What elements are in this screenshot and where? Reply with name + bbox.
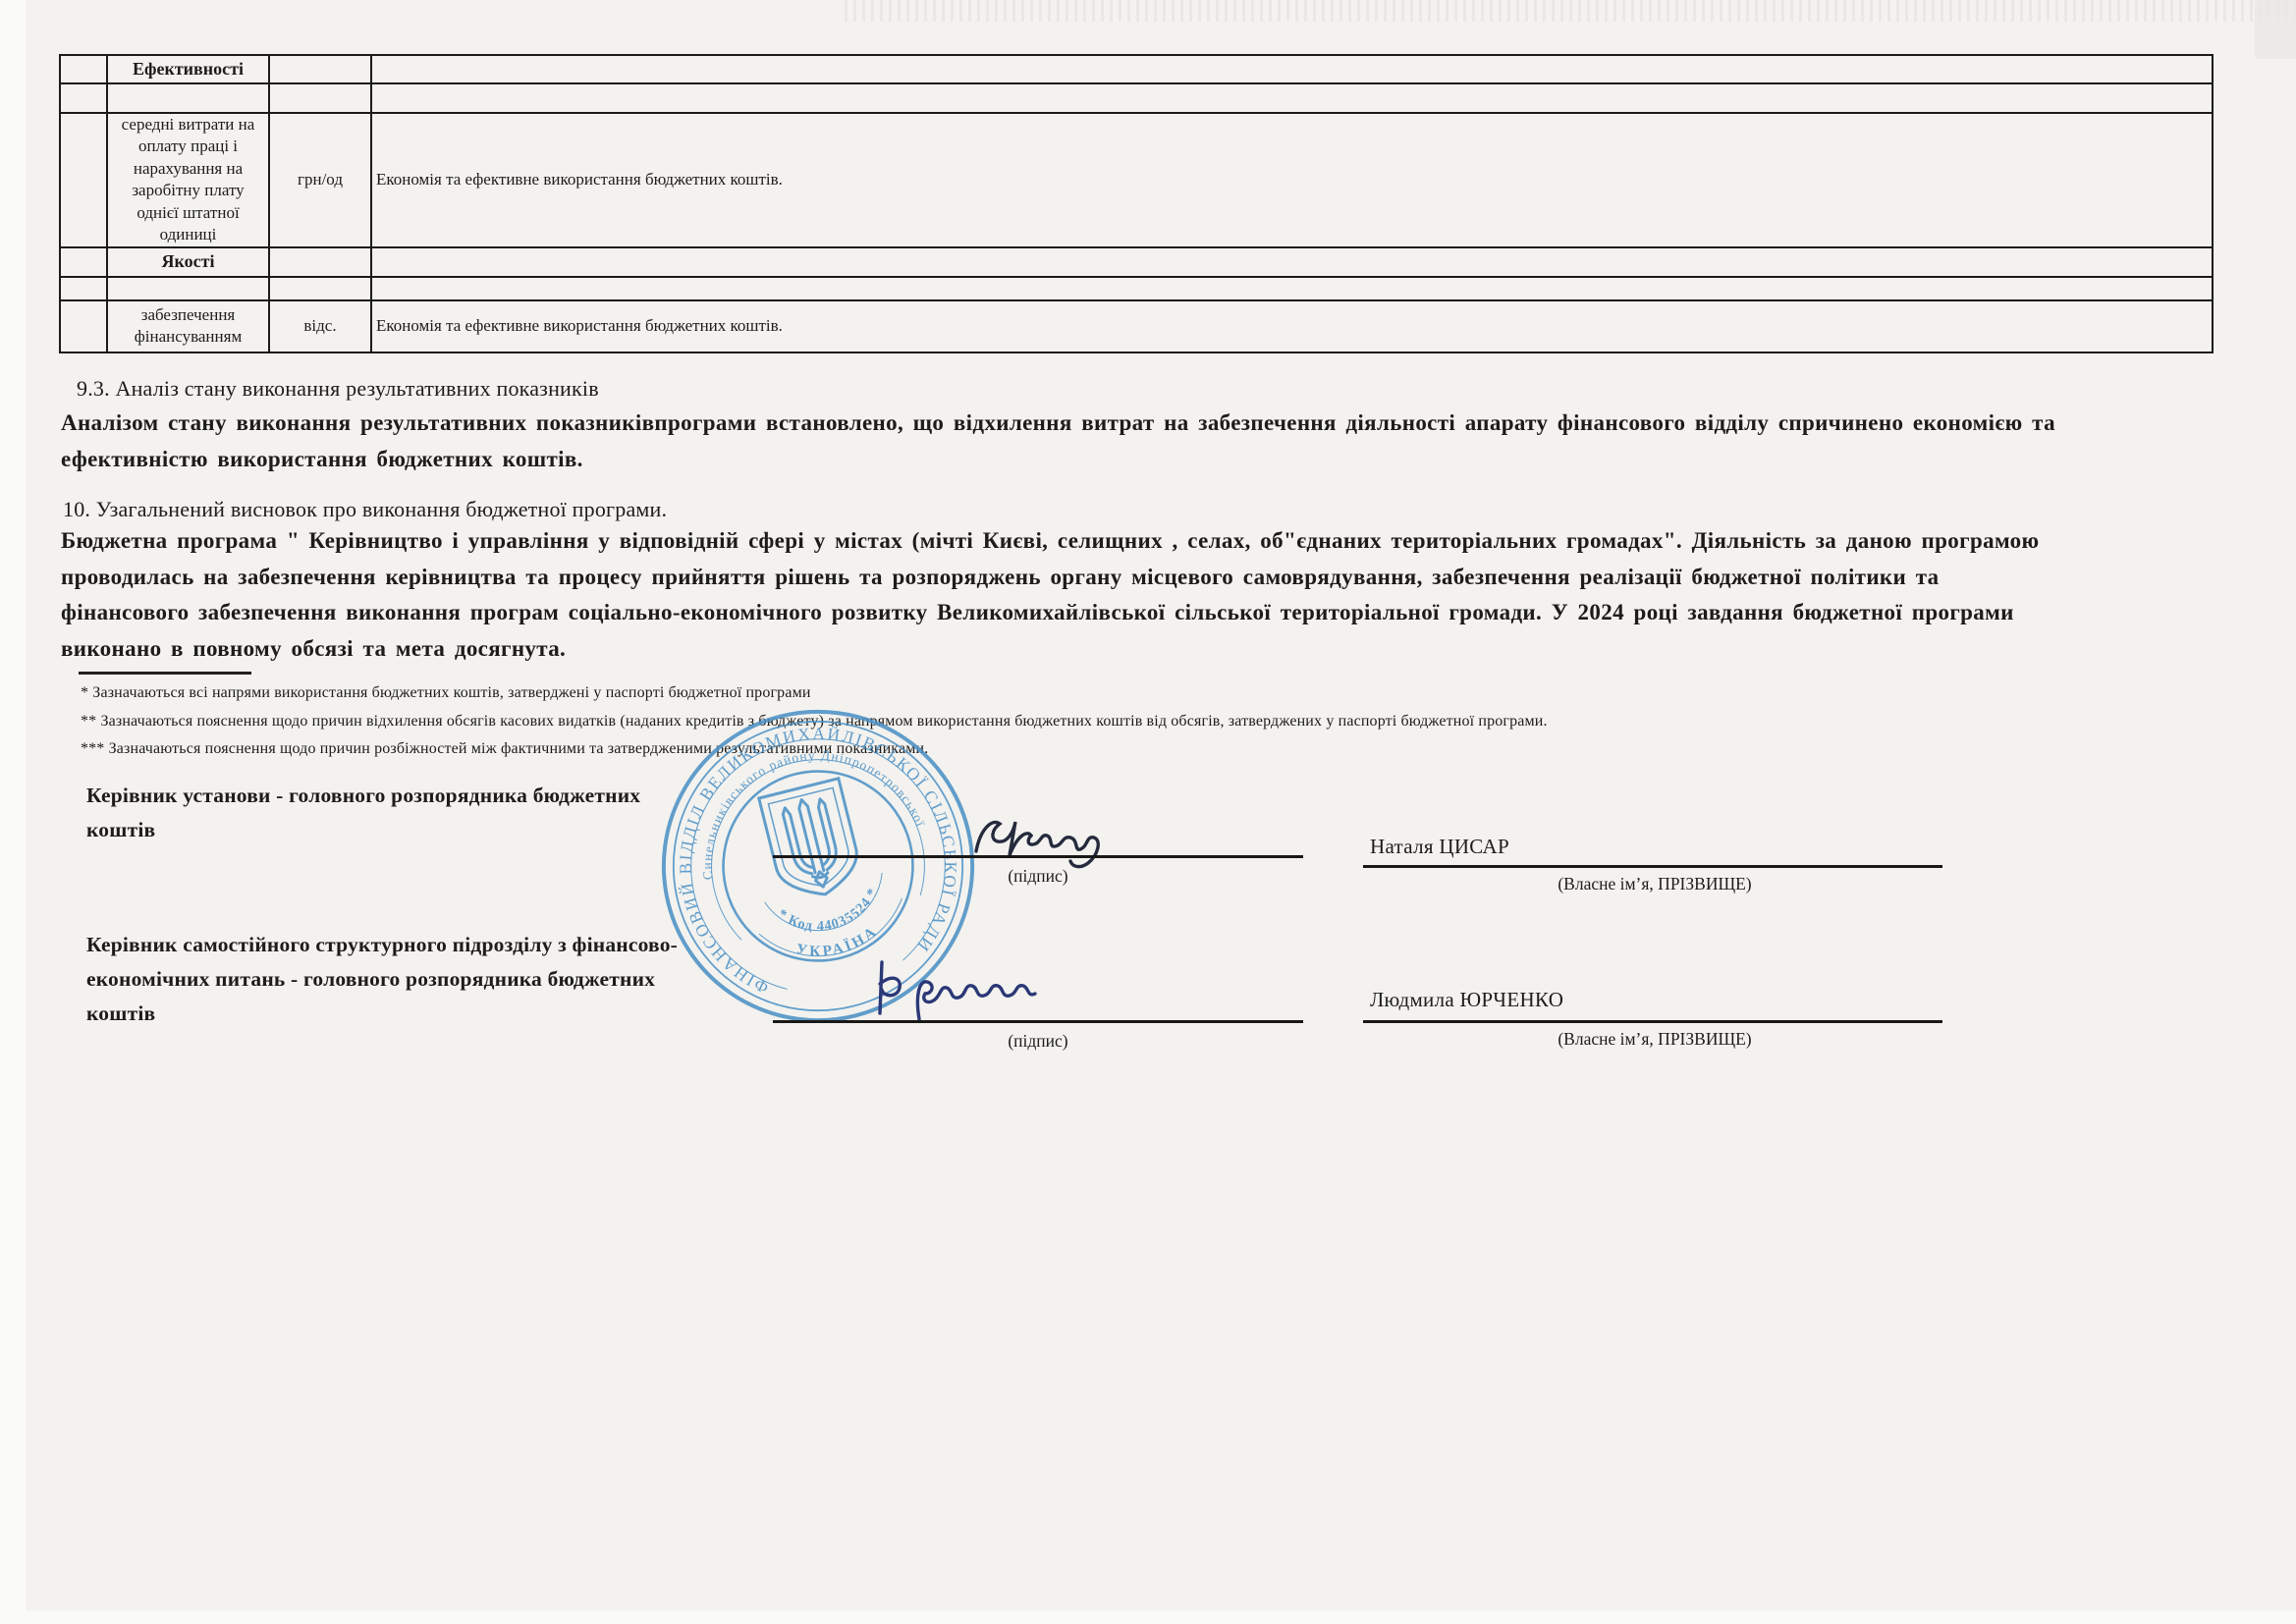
paragraph-line: проводилась на забезпечення керівництва …: [61, 565, 2039, 601]
scan-edge-bottom: [0, 1610, 2296, 1624]
signatory-1-title: Керівник установи - головного розпорядни…: [86, 779, 735, 847]
table-cell-empty: [60, 83, 107, 113]
paragraph-line: Аналізом стану виконання результативних …: [61, 410, 2055, 447]
table-row: середні витрати на оплату праці і нараху…: [60, 113, 2213, 247]
name-line-1: [1363, 865, 1942, 868]
scan-smudge: [2255, 0, 2296, 59]
section-10-heading: 10. Узагальнений висновок про виконання …: [63, 497, 667, 522]
signatory-2-title: Керівник самостійного структурного підро…: [86, 928, 774, 1031]
indicators-table: Ефективності середні витрати на оплату п…: [59, 54, 2214, 353]
paragraph-line: Бюджетна програма " Керівництво і управл…: [61, 528, 2039, 565]
section-93-heading: 9.3. Аналіз стану виконання результативн…: [77, 376, 599, 402]
table-cell-empty: [60, 55, 107, 83]
scan-noise-band: [845, 0, 2296, 22]
table-row: Якості: [60, 247, 2213, 277]
indicator-unit: відс.: [269, 300, 371, 352]
section-10-paragraph: Бюджетна програма " Керівництво і управл…: [61, 528, 2039, 672]
paragraph-line: ефективністю використання бюджетних кошт…: [61, 447, 2055, 483]
label-line: коштів: [86, 813, 735, 847]
table-cell-empty: [107, 277, 269, 300]
name-caption-2: (Власне ім’я, ПРІЗВИЩЕ): [1444, 1029, 1866, 1050]
name-caption-1: (Власне ім’я, ПРІЗВИЩЕ): [1444, 874, 1866, 894]
footnote-separator: [79, 672, 251, 675]
label-line: Керівник самостійного структурного підро…: [86, 928, 774, 962]
label-line: Керівник установи - головного розпорядни…: [86, 779, 735, 813]
indicator-name: забезпечення фінансуванням: [107, 300, 269, 352]
signature-caption-1: (підпис): [969, 866, 1107, 887]
table-cell-empty: [60, 247, 107, 277]
table-row: [60, 83, 2213, 113]
indicator-category: Якості: [107, 247, 269, 277]
paragraph-line: виконано в повному обсязі та мета досягн…: [61, 636, 2039, 673]
paragraph-line: фінансового забезпечення виконання прогр…: [61, 600, 2039, 636]
table-row: Ефективності: [60, 55, 2213, 83]
table-row: [60, 277, 2213, 300]
scan-edge-left: [0, 0, 26, 1624]
table-cell-empty: [269, 55, 371, 83]
table-cell-empty: [371, 247, 2213, 277]
name-line-2: [1363, 1020, 1942, 1023]
table-cell-empty: [371, 83, 2213, 113]
table-cell-empty: [60, 113, 107, 247]
table-cell-empty: [371, 277, 2213, 300]
indicator-category: Ефективності: [107, 55, 269, 83]
indicator-explanation: Економія та ефективне використання бюдже…: [371, 113, 2213, 247]
table-cell-empty: [269, 83, 371, 113]
table-cell-empty: [269, 277, 371, 300]
signature-line-2: [773, 1020, 1303, 1023]
table-cell-empty: [107, 83, 269, 113]
table-cell-empty: [60, 300, 107, 352]
trident-shield-icon: [759, 779, 865, 904]
table-cell-empty: [371, 55, 2213, 83]
handwritten-signature-2: [872, 948, 1064, 1027]
signature-caption-2: (підпис): [969, 1031, 1107, 1052]
indicator-unit: грн/од: [269, 113, 371, 247]
indicator-name: середні витрати на оплату праці і нараху…: [107, 113, 269, 247]
signature-line-1: [773, 855, 1303, 858]
label-line: коштів: [86, 997, 774, 1031]
table-row: забезпечення фінансуванням відс. Економі…: [60, 300, 2213, 352]
signatory-2-name: Людмила ЮРЧЕНКО: [1370, 988, 1563, 1012]
section-93-paragraph: Аналізом стану виконання результативних …: [61, 410, 2055, 482]
table-cell-empty: [60, 277, 107, 300]
signatory-1-name: Наталя ЦИСАР: [1370, 835, 1509, 859]
label-line: економічних питань - головного розпорядн…: [86, 962, 774, 997]
indicator-explanation: Економія та ефективне використання бюдже…: [371, 300, 2213, 352]
document-page: Ефективності середні витрати на оплату п…: [0, 0, 2296, 1624]
table-cell-empty: [269, 247, 371, 277]
